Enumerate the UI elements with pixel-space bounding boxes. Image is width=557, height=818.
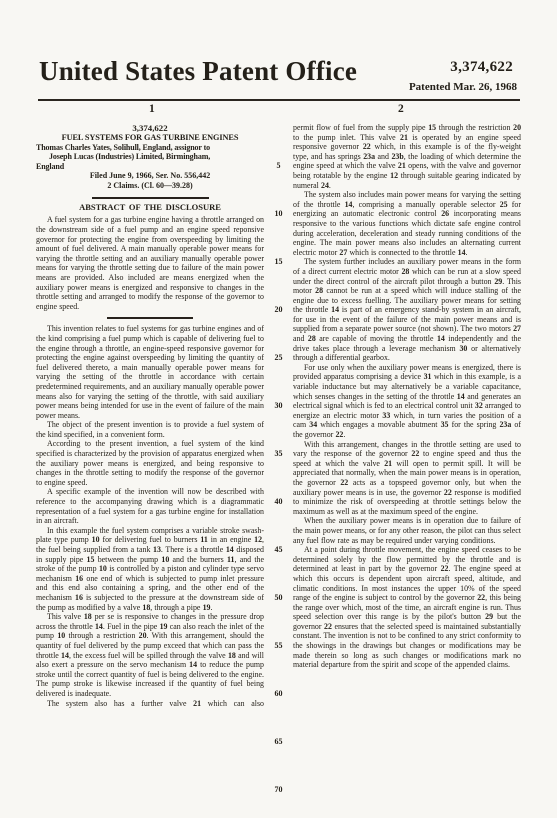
line-number: 50 [264, 593, 293, 603]
inventor-block: Thomas Charles Yates, Solihull, England,… [36, 143, 264, 171]
body-paragraph: At a point during throttle movement, the… [293, 545, 521, 670]
section-divider [107, 317, 193, 319]
body-paragraph: permit flow of fuel from the supply pipe… [293, 123, 521, 190]
left-column: 3,374,622 FUEL SYSTEMS FOR GAS TURBINE E… [36, 123, 264, 708]
line-number: 35 [264, 449, 293, 459]
page-header: United States Patent Office 3,374,622 Pa… [0, 0, 557, 101]
section-divider [92, 197, 209, 199]
patent-number-heading: 3,374,622 [36, 123, 264, 133]
title-block: 3,374,622 FUEL SYSTEMS FOR GAS TURBINE E… [36, 123, 264, 190]
inventor-line: Joseph Lucas (Industries) Limited, Birmi… [36, 152, 264, 161]
line-number: 10 [264, 209, 293, 219]
patent-page: United States Patent Office 3,374,622 Pa… [0, 0, 557, 818]
body-paragraph: A specific example of the invention will… [36, 487, 264, 525]
body-paragraph: With this arrangement, changes in the th… [293, 440, 521, 517]
right-column: permit flow of fuel from the supply pipe… [293, 123, 521, 708]
header-patent-number: 3,374,622 [450, 59, 513, 76]
text-body: 3,374,622 FUEL SYSTEMS FOR GAS TURBINE E… [0, 119, 557, 708]
column-marker-2: 2 [398, 103, 404, 115]
line-number: 30 [264, 401, 293, 411]
body-paragraph: When the auxiliary power means is in ope… [293, 516, 521, 545]
body-paragraph: For use only when the auxiliary power me… [293, 363, 521, 440]
line-number: 25 [264, 353, 293, 363]
body-paragraph: This valve 18 per se is responsive to ch… [36, 612, 264, 698]
body-paragraph: The system further includes an auxiliary… [293, 257, 521, 363]
line-number: 15 [264, 257, 293, 267]
header-patented-date: Patented Mar. 26, 1968 [409, 81, 517, 93]
patent-title: FUEL SYSTEMS FOR GAS TURBINE ENGINES [36, 133, 264, 143]
body-paragraph: The system also has a further valve 21 w… [36, 699, 264, 709]
body-paragraph: According to the present invention, a fu… [36, 439, 264, 487]
body-paragraph: The system also includes main power mean… [293, 190, 521, 257]
line-number: 65 [264, 737, 293, 747]
line-number: 5 [264, 161, 293, 171]
line-number: 55 [264, 641, 293, 651]
abstract-heading: ABSTRACT OF THE DISCLOSURE [36, 202, 264, 212]
office-name: United States Patent Office [39, 56, 357, 87]
inventor-line: England [36, 162, 264, 171]
line-number: 40 [264, 497, 293, 507]
abstract-text: A fuel system for a gas turbine engine h… [36, 215, 264, 311]
claims-line: 2 Claims. (Cl. 60—39.28) [36, 181, 264, 191]
line-number-gutter: 510152025303540455055606570 [264, 123, 293, 708]
body-paragraph: The object of the present invention is t… [36, 420, 264, 439]
line-number: 60 [264, 689, 293, 699]
body-paragraph: In this example the fuel system comprise… [36, 526, 264, 612]
body-paragraph: This invention relates to fuel systems f… [36, 324, 264, 420]
filed-line: Filed June 9, 1966, Ser. No. 556,442 [36, 171, 264, 181]
column-markers: 1 2 [0, 101, 557, 119]
line-number: 70 [264, 785, 293, 795]
column-marker-1: 1 [149, 103, 155, 115]
line-number: 45 [264, 545, 293, 555]
inventor-line: Thomas Charles Yates, Solihull, England,… [36, 143, 264, 152]
line-number: 20 [264, 305, 293, 315]
